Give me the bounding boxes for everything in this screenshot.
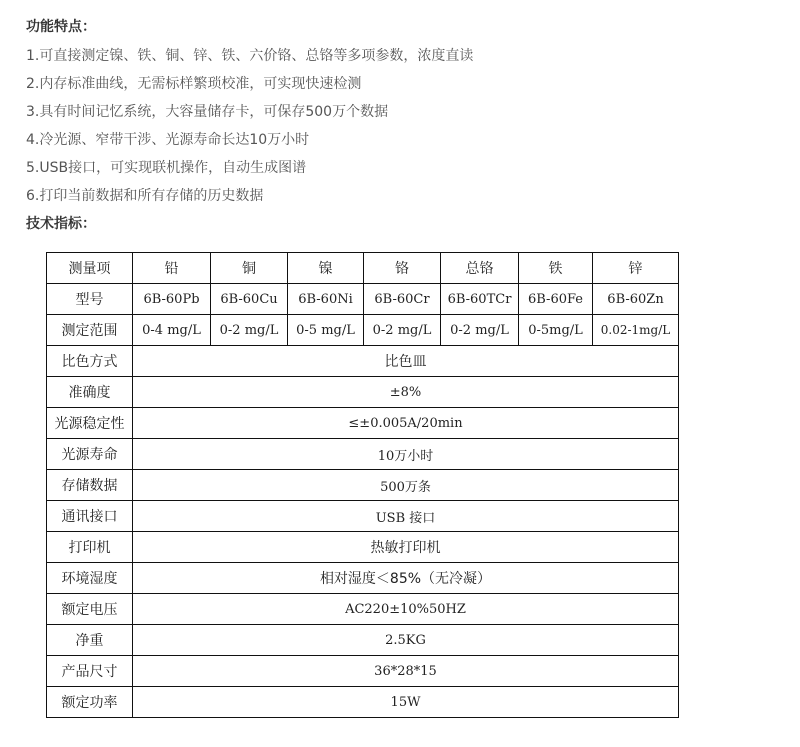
cell-label: 额定电压 bbox=[47, 594, 133, 625]
cell-label: 光源寿命 bbox=[47, 439, 133, 470]
table-row: 打印机 热敏打印机 bbox=[47, 532, 679, 563]
cell-item: 铬 bbox=[364, 253, 441, 284]
table-row: 净重 2.5KG bbox=[47, 625, 679, 656]
table-row: 准确度 ±8% bbox=[47, 377, 679, 408]
cell-label: 型号 bbox=[47, 284, 133, 315]
feature-item-2: 2.内存标准曲线，无需标样繁琐校准，可实现快速检测 bbox=[26, 73, 361, 93]
table-row: 光源稳定性 ≤±0.005A/20min bbox=[47, 408, 679, 439]
cell-value: 6B-60Zn bbox=[593, 284, 679, 315]
cell-value: 0-4 mg/L bbox=[133, 315, 211, 346]
cell-value: 500万条 bbox=[133, 470, 679, 501]
spec-table: 测量项 铅 铜 镍 铬 总铬 铁 锌 型号 6B-60Pb 6B-60Cu 6B… bbox=[46, 252, 679, 718]
cell-label: 准确度 bbox=[47, 377, 133, 408]
cell-value: 36*28*15 bbox=[133, 656, 679, 687]
feature-item-5: 5.USB接口，可实现联机操作，自动生成图谱 bbox=[26, 157, 306, 177]
cell-value: 0.02-1mg/L bbox=[593, 315, 679, 346]
table-row-range: 测定范围 0-4 mg/L 0-2 mg/L 0-5 mg/L 0-2 mg/L… bbox=[47, 315, 679, 346]
cell-label: 打印机 bbox=[47, 532, 133, 563]
cell-value: 6B-60Pb bbox=[133, 284, 211, 315]
cell-item: 锌 bbox=[593, 253, 679, 284]
cell-label: 测量项 bbox=[47, 253, 133, 284]
table-row-model: 型号 6B-60Pb 6B-60Cu 6B-60Ni 6B-60Cr 6B-60… bbox=[47, 284, 679, 315]
table-row: 比色方式 比色皿 bbox=[47, 346, 679, 377]
cell-value: 比色皿 bbox=[133, 346, 679, 377]
cell-value: ±8% bbox=[133, 377, 679, 408]
cell-item: 铁 bbox=[519, 253, 593, 284]
cell-label: 环境湿度 bbox=[47, 563, 133, 594]
cell-value: 6B-60TCr bbox=[441, 284, 519, 315]
cell-label: 产品尺寸 bbox=[47, 656, 133, 687]
table-row: 环境湿度 相对湿度＜85%（无冷凝） bbox=[47, 563, 679, 594]
table-row: 通讯接口 USB 接口 bbox=[47, 501, 679, 532]
features-title: 功能特点： bbox=[26, 16, 96, 36]
cell-label: 比色方式 bbox=[47, 346, 133, 377]
cell-item: 总铬 bbox=[441, 253, 519, 284]
cell-value: 6B-60Cu bbox=[211, 284, 288, 315]
cell-item: 镍 bbox=[288, 253, 364, 284]
cell-value: 0-2 mg/L bbox=[364, 315, 441, 346]
cell-value: 0-2 mg/L bbox=[441, 315, 519, 346]
cell-value: 0-5mg/L bbox=[519, 315, 593, 346]
feature-item-1: 1.可直接测定镍、铁、铜、锌、铁、六价铬、总铬等多项参数，浓度直读 bbox=[26, 45, 473, 65]
table-row: 产品尺寸 36*28*15 bbox=[47, 656, 679, 687]
cell-label: 存储数据 bbox=[47, 470, 133, 501]
table-row-header: 测量项 铅 铜 镍 铬 总铬 铁 锌 bbox=[47, 253, 679, 284]
cell-value: 0-2 mg/L bbox=[211, 315, 288, 346]
table-row: 光源寿命 10万小时 bbox=[47, 439, 679, 470]
cell-value: 2.5KG bbox=[133, 625, 679, 656]
table-row: 存储数据 500万条 bbox=[47, 470, 679, 501]
table-row: 额定功率 15W bbox=[47, 687, 679, 718]
cell-item: 铜 bbox=[211, 253, 288, 284]
cell-value: 6B-60Ni bbox=[288, 284, 364, 315]
feature-item-6: 6.打印当前数据和所有存储的历史数据 bbox=[26, 185, 263, 205]
cell-item: 铅 bbox=[133, 253, 211, 284]
cell-label: 通讯接口 bbox=[47, 501, 133, 532]
cell-value: AC220±10%50HZ bbox=[133, 594, 679, 625]
specs-title: 技术指标： bbox=[26, 213, 96, 233]
cell-value: 6B-60Fe bbox=[519, 284, 593, 315]
table-row: 额定电压 AC220±10%50HZ bbox=[47, 594, 679, 625]
cell-label: 光源稳定性 bbox=[47, 408, 133, 439]
cell-value: ≤±0.005A/20min bbox=[133, 408, 679, 439]
cell-label: 额定功率 bbox=[47, 687, 133, 718]
cell-value: 相对湿度＜85%（无冷凝） bbox=[133, 563, 679, 594]
cell-value: 15W bbox=[133, 687, 679, 718]
cell-label: 净重 bbox=[47, 625, 133, 656]
feature-item-4: 4.冷光源、窄带干涉、光源寿命长达10万小时 bbox=[26, 129, 309, 149]
cell-value: USB 接口 bbox=[133, 501, 679, 532]
feature-item-3: 3.具有时间记忆系统，大容量储存卡，可保存500万个数据 bbox=[26, 101, 388, 121]
cell-value: 6B-60Cr bbox=[364, 284, 441, 315]
cell-value: 热敏打印机 bbox=[133, 532, 679, 563]
cell-value: 10万小时 bbox=[133, 439, 679, 470]
cell-value: 0-5 mg/L bbox=[288, 315, 364, 346]
cell-label: 测定范围 bbox=[47, 315, 133, 346]
